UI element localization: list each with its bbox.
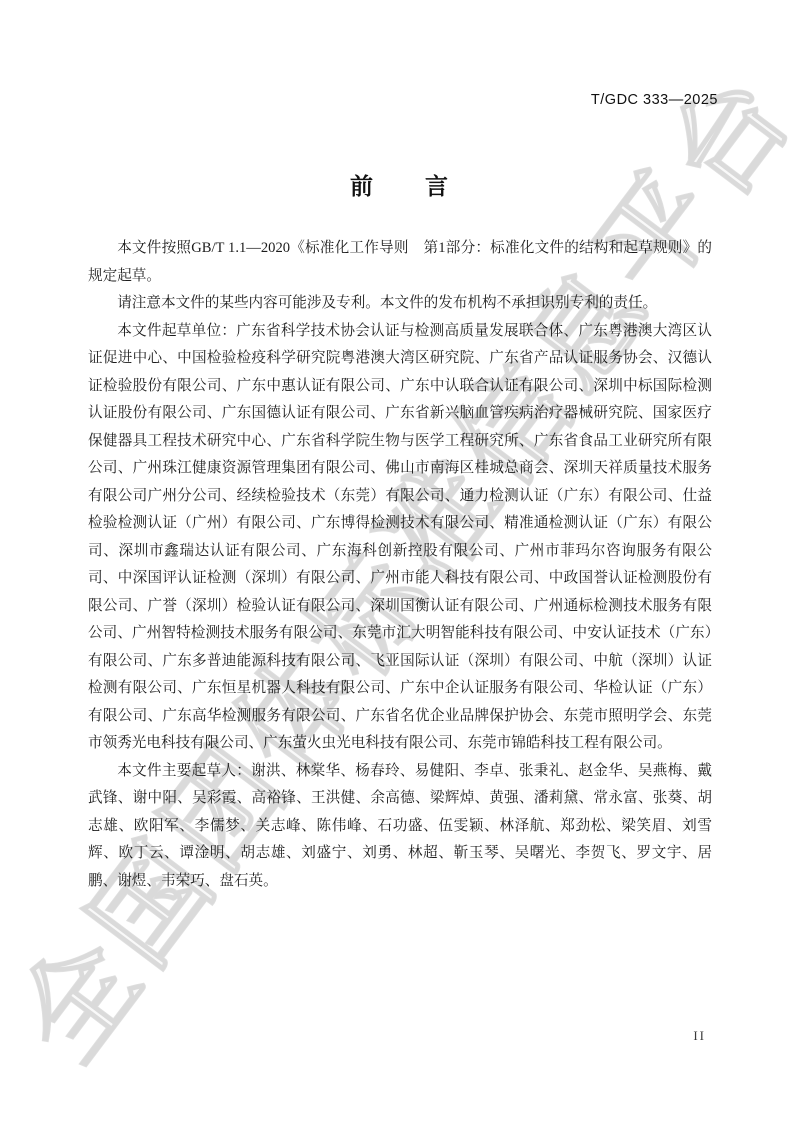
page-number: II [693,1028,706,1044]
foreword-paragraph-drafting-organizations: 本文件起草单位：广东省科学技术协会认证与检测高质量发展联合体、广东粤港澳大湾区认… [88,318,712,758]
foreword-title: 前 言 [88,168,712,201]
foreword-section: 前 言 本文件按照GB/T 1.1—2020《标准化工作导则 第1部分：标准化文… [88,168,712,895]
foreword-paragraph-patent-notice: 请注意本文件的某些内容可能涉及专利。本文件的发布机构不承担识别专利的责任。 [88,290,712,318]
foreword-paragraph-main-drafters: 本文件主要起草人：谢洪、林棠华、杨春玲、易健阳、李卓、张秉礼、赵金华、吴燕梅、戴… [88,758,712,896]
standard-doc-code: T/GDC 333—2025 [591,92,718,108]
document-page: 全国团体标准信息平台 T/GDC 333—2025 前 言 本文件按照GB/T … [0,0,794,1123]
foreword-paragraph-drafting-rules: 本文件按照GB/T 1.1—2020《标准化工作导则 第1部分：标准化文件的结构… [88,235,712,290]
